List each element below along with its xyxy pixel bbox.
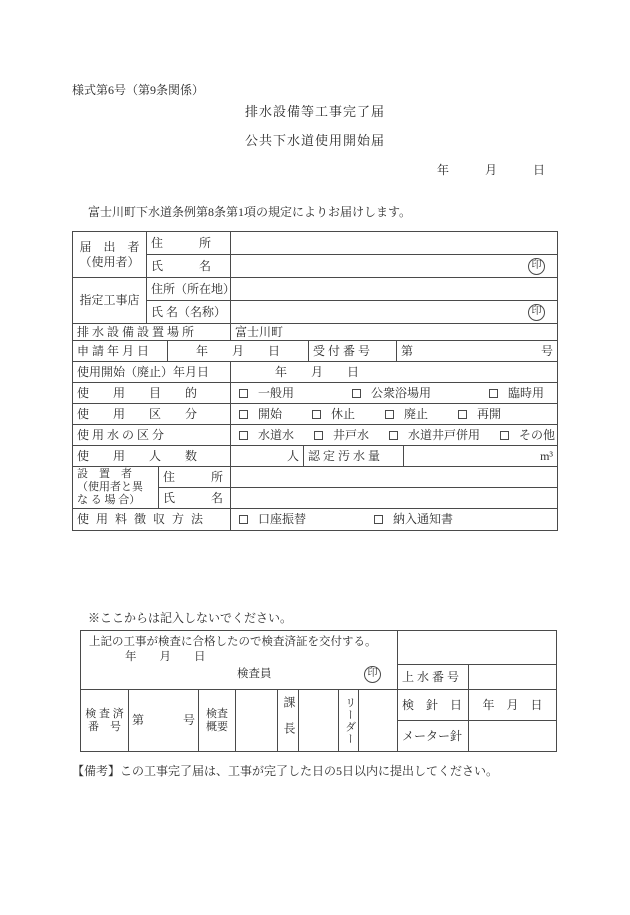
leader-stamp-label: リーダー: [339, 690, 359, 751]
checkbox-option-public-bath[interactable]: 公衆浴場用: [352, 386, 431, 401]
checkbox-option-combined[interactable]: 水道井戸併用: [389, 428, 480, 443]
checkbox-icon[interactable]: [385, 410, 394, 419]
section-chief-stamp-box[interactable]: [299, 690, 339, 751]
checkbox-option-abolish[interactable]: 廃止: [385, 407, 428, 422]
checkbox-icon[interactable]: [458, 410, 467, 419]
form-number: 様式第6号（第9条関係）: [72, 83, 204, 98]
intro-sentence: 富士川町下水道条例第8条第1項の規定によりお届けします。: [88, 205, 411, 220]
inspection-number-input[interactable]: 第 号: [129, 690, 199, 751]
installer-name-label: 氏 名: [159, 488, 231, 508]
checkbox-option-resume[interactable]: 再開: [458, 407, 501, 422]
checkbox-icon[interactable]: [374, 515, 383, 524]
main-form-table: 届 出 者 （使用者） 住 所 氏 名 印 指定工事店: [72, 231, 558, 531]
checkbox-option-start[interactable]: 開始: [239, 407, 282, 422]
inspection-number-row: 検 査 済 番 号 第 号 検査 概要 課長 リーダー: [81, 690, 397, 751]
submission-date-field[interactable]: 年 月 日: [0, 163, 545, 178]
form-page: 様式第6号（第9条関係） 排水設備等工事完了届 公共下水道使用開始届 年 月 日…: [0, 0, 630, 915]
start-date-label: 使用開始（廃止）年月日: [73, 362, 231, 382]
applicant-name-input[interactable]: 印: [231, 255, 557, 277]
section-chief-stamp-label: 課長: [278, 690, 299, 751]
location-input[interactable]: 富士川町: [231, 324, 557, 340]
remarks-note: 【備考】この工事完了届は、工事が完了した日の5日以内に提出してください。: [72, 764, 498, 779]
checkbox-option-well-water[interactable]: 井戸水: [314, 428, 369, 443]
water-number-label: 上 水 番 号: [398, 665, 469, 689]
location-label: 排 水 設 備 設 置 場 所: [73, 324, 231, 340]
inspection-summary-input[interactable]: [236, 690, 278, 751]
water-category-label: 使 用 水 の 区 分: [73, 425, 231, 445]
checkbox-icon[interactable]: [500, 431, 509, 440]
receipt-suffix: 号: [541, 344, 553, 359]
contractor-name-label: 氏 名（名称）: [147, 301, 231, 323]
fee-collection-label: 使 用 料 徴 収 方 法: [73, 509, 231, 530]
usage-category-label: 使 用 区 分: [73, 404, 231, 424]
meter-reading-date-label: 検 針 日: [398, 690, 469, 720]
receipt-number-input[interactable]: 第 号: [397, 341, 557, 361]
location-row: 排 水 設 備 設 置 場 所 富士川町: [73, 324, 557, 341]
meter-needle-input[interactable]: [469, 721, 556, 751]
installer-address-label: 住 所: [159, 467, 231, 487]
seal-icon: 印: [528, 304, 545, 321]
checkbox-icon[interactable]: [239, 410, 248, 419]
checkbox-option-general[interactable]: 一般用: [239, 386, 294, 401]
receipt-number-label: 受 付 番 号: [309, 341, 397, 361]
checkbox-icon[interactable]: [314, 431, 323, 440]
title-construction-completion: 排水設備等工事完了届: [0, 104, 630, 120]
checkbox-icon[interactable]: [312, 410, 321, 419]
checkbox-option-temporary[interactable]: 臨時用: [489, 386, 544, 401]
title-sewer-use-start: 公共下水道使用開始届: [0, 133, 630, 149]
start-date-input[interactable]: 年 月 日: [231, 362, 557, 382]
usage-purpose-row: 使 用 目 的 一般用 公衆浴場用 臨時用: [73, 383, 557, 404]
office-use-table: 上記の工事が検査に合格したので検査済証を交付する。 年 月 日 検査員 印 検 …: [80, 630, 557, 752]
usage-purpose-label: 使 用 目 的: [73, 383, 231, 403]
meter-reading-date-input[interactable]: 年 月 日: [469, 690, 556, 720]
contractor-rows: 指定工事店 住所（所在地） 氏 名（名称） 印: [73, 278, 557, 324]
checkbox-icon[interactable]: [389, 431, 398, 440]
checkbox-icon[interactable]: [239, 431, 248, 440]
sewage-volume-input[interactable]: m³: [404, 446, 557, 466]
contractor-address-input[interactable]: [231, 278, 557, 300]
application-date-label: 申 請 年 月 日: [73, 341, 168, 361]
applicant-group-label: 届 出 者 （使用者）: [73, 232, 147, 277]
seal-icon: 印: [528, 258, 545, 275]
meter-needle-label: メーター針: [398, 721, 469, 751]
applicant-rows: 届 出 者 （使用者） 住 所 氏 名 印: [73, 232, 557, 278]
contractor-group-label: 指定工事店: [73, 278, 147, 323]
certificate-sentence: 上記の工事が検査に合格したので検査済証を交付する。: [89, 635, 393, 649]
receipt-prefix: 第: [401, 344, 413, 359]
applicant-address-label: 住 所: [147, 232, 231, 254]
water-category-row: 使 用 水 の 区 分 水道水 井戸水 水道井戸併用 その他: [73, 425, 557, 446]
usage-category-row: 使 用 区 分 開始 休止 廃止 再開: [73, 404, 557, 425]
application-date-row: 申 請 年 月 日 年 月 日 受 付 番 号 第 号: [73, 341, 557, 362]
inspection-summary-label: 検査 概要: [199, 690, 236, 751]
water-number-input[interactable]: [469, 665, 556, 689]
users-row: 使 用 人 数 人 認 定 汚 水 量 m³: [73, 446, 557, 467]
checkbox-option-other[interactable]: その他: [500, 428, 555, 443]
seal-icon: 印: [364, 666, 381, 683]
fee-collection-row: 使 用 料 徴 収 方 法 口座振替 納入通知書: [73, 509, 557, 530]
checkbox-option-account-transfer[interactable]: 口座振替: [239, 512, 306, 527]
applicant-name-label: 氏 名: [147, 255, 231, 277]
checkbox-option-payment-notice[interactable]: 納入通知書: [374, 512, 453, 527]
office-blank-cell[interactable]: [398, 631, 556, 664]
checkbox-option-tap-water[interactable]: 水道水: [239, 428, 294, 443]
sewage-volume-label: 認 定 汚 水 量: [304, 446, 404, 466]
users-unit: 人: [287, 449, 299, 464]
checkbox-icon[interactable]: [489, 389, 498, 398]
inspector-label: 検査員: [237, 667, 272, 681]
office-use-note: ※ここからは記入しないでください。: [88, 611, 292, 626]
certificate-date-field[interactable]: 年 月 日: [89, 650, 393, 664]
leader-stamp-box[interactable]: [359, 690, 398, 751]
application-date-input[interactable]: 年 月 日: [168, 341, 309, 361]
inspection-certificate-cell: 上記の工事が検査に合格したので検査済証を交付する。 年 月 日 検査員 印: [81, 631, 397, 690]
checkbox-icon[interactable]: [352, 389, 361, 398]
sewage-unit: m³: [540, 449, 553, 464]
contractor-name-input[interactable]: 印: [231, 301, 557, 323]
checkbox-icon[interactable]: [239, 515, 248, 524]
installer-name-input[interactable]: [231, 488, 557, 508]
contractor-address-label: 住所（所在地）: [147, 278, 231, 300]
start-date-row: 使用開始（廃止）年月日 年 月 日: [73, 362, 557, 383]
installer-rows: 設 置 者 （使用者と異 な る 場 合） 住 所 氏 名: [73, 467, 557, 509]
users-input[interactable]: 人: [231, 446, 304, 466]
checkbox-option-suspend[interactable]: 休止: [312, 407, 355, 422]
checkbox-icon[interactable]: [239, 389, 248, 398]
inspection-number-label: 検 査 済 番 号: [81, 690, 129, 751]
installer-group-label: 設 置 者 （使用者と異 な る 場 合）: [73, 467, 159, 508]
title-block: 排水設備等工事完了届 公共下水道使用開始届: [0, 104, 630, 163]
applicant-address-input[interactable]: [231, 232, 557, 254]
installer-address-input[interactable]: [231, 467, 557, 487]
users-label: 使 用 人 数: [73, 446, 231, 466]
